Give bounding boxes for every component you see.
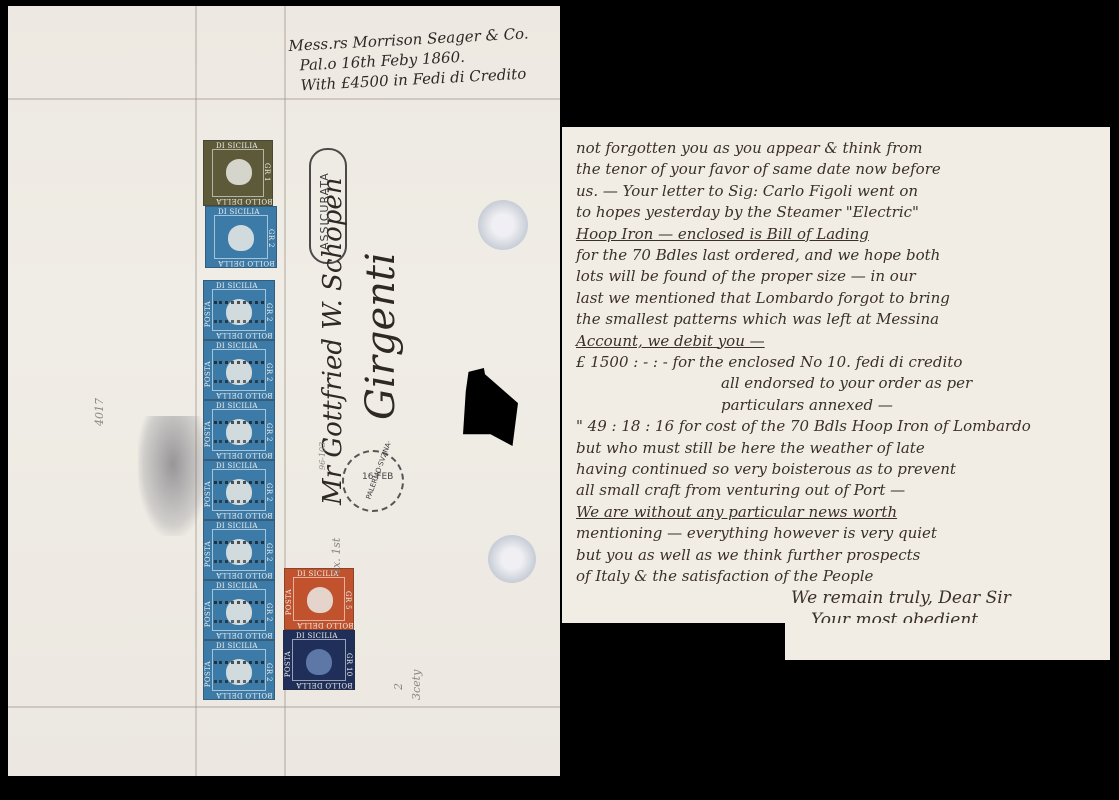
- letter-sheet: not forgotten you as you appear & think …: [562, 127, 1110, 623]
- letter-line: We are without any particular news worth: [576, 503, 897, 521]
- stamp-2gr-blue: DI SICILIABOLLO DELLAGR 2POSTA: [203, 520, 275, 580]
- stamp-2gr-blue: DI SICILIABOLLO DELLAGR 2POSTA: [203, 580, 275, 640]
- letter-line: the smallest patterns which was left at …: [576, 310, 939, 328]
- cancellation-mark: [214, 301, 264, 323]
- pencil-note: 4017: [93, 398, 106, 426]
- wax-seal-remnant: [478, 200, 528, 250]
- cancellation-mark: [214, 601, 264, 623]
- stamp-2gr-blue: DI SICILIABOLLO DELLAGR 2POSTA: [203, 340, 275, 400]
- king-portrait-icon: [228, 225, 254, 251]
- wax-seal-remnant: [488, 535, 536, 583]
- letter-line: Account, we debit you —: [576, 332, 765, 350]
- stamp-2gr-blue: DI SICILIABOLLO DELLAGR 2: [205, 206, 277, 268]
- letter-sheet-tail: [785, 623, 1110, 660]
- stamp-10gr-dark-blue: DI SICILIABOLLO DELLAGR 10POSTA: [283, 630, 355, 690]
- letter-line: last we mentioned that Lombardo forgot t…: [576, 289, 950, 307]
- cancellation-mark: [214, 541, 264, 563]
- letter-line: to hopes yesterday by the Steamer "Elect…: [576, 203, 919, 221]
- stamp-1gr-olive: DI SICILIABOLLO DELLAGR 1: [203, 140, 273, 206]
- stamp-5gr-red: DI SICILIABOLLO DELLAGR 5POSTA: [284, 568, 354, 630]
- letter-line: lots will be found of the proper size — …: [576, 267, 916, 285]
- letter-line: We remain truly, Dear Sir: [791, 588, 1011, 608]
- cancellation-mark: [214, 481, 264, 503]
- addressee-town: Girgenti: [358, 252, 404, 420]
- stamp-2gr-blue: DI SICILIABOLLO DELLAGR 2POSTA: [203, 640, 275, 700]
- letter-line: Hoop Iron — enclosed is Bill of Lading: [576, 225, 869, 243]
- letter-line: particulars annexed —: [721, 396, 893, 414]
- letter-line: £ 1500 : - : - for the enclosed No 10. f…: [576, 353, 962, 371]
- pencil-note: 2: [392, 683, 405, 690]
- king-portrait-icon: [306, 649, 332, 675]
- stamp-2gr-blue: DI SICILIABOLLO DELLAGR 2POSTA: [203, 400, 275, 460]
- cancellation-mark: [214, 421, 264, 443]
- docket-note: Mess.rs Morrison Seager & Co. Pal.o 16th…: [288, 23, 531, 95]
- letter-line: " 49 : 18 : 16 for cost of the 70 Bdls H…: [576, 417, 1031, 435]
- letter-line: all small craft from venturing out of Po…: [576, 481, 905, 499]
- king-portrait-icon: [307, 587, 333, 613]
- letter-line: mentioning — everything however is very …: [576, 524, 937, 542]
- postmark-circle: PALERMO·SVZNA· 16 FEB: [342, 450, 404, 512]
- letter-line: us. — Your letter to Sig: Carlo Figoli w…: [576, 182, 918, 200]
- fold-line: [195, 6, 197, 776]
- letter-line: having continued so very boisterous as t…: [576, 460, 956, 478]
- cancellation-mark: [214, 361, 264, 383]
- fold-line: [8, 98, 560, 100]
- pencil-note: 3cety: [410, 670, 423, 700]
- letter-line: for the 70 Bdles last ordered, and we ho…: [576, 246, 940, 264]
- king-portrait-icon: [226, 159, 252, 185]
- ink-stain: [138, 416, 208, 536]
- stamp-2gr-blue: DI SICILIABOLLO DELLAGR 2POSTA: [203, 460, 275, 520]
- letter-line: not forgotten you as you appear & think …: [576, 139, 923, 157]
- letter-line: all endorsed to your order as per: [721, 374, 972, 392]
- pencil-note: 4x. 1st: [330, 538, 343, 575]
- letter-line: of Italy & the satisfaction of the Peopl…: [576, 567, 873, 585]
- fold-line: [8, 706, 560, 708]
- stamp-2gr-blue: DI SICILIABOLLO DELLAGR 2POSTA: [203, 280, 275, 340]
- pencil-note: 96-103: [318, 442, 327, 470]
- letter-line: the tenor of your favor of same date now…: [576, 160, 941, 178]
- letter-line: but who must still be here the weather o…: [576, 439, 925, 457]
- letter-line: but you as well as we think further pros…: [576, 546, 920, 564]
- cancellation-mark: [214, 661, 264, 683]
